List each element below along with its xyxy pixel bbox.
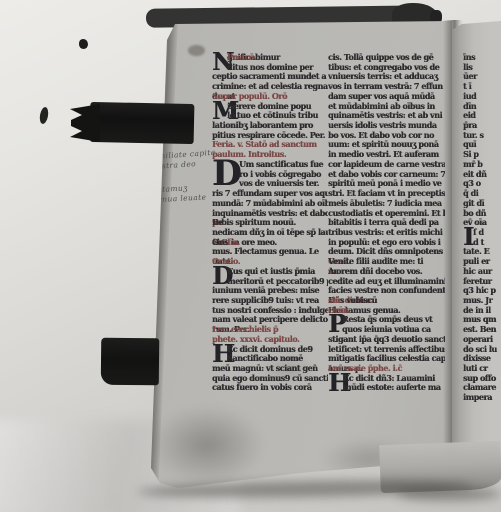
text-line: cis. Tollā quippe vos de gē [328, 53, 445, 63]
text-line: rere supplicib9 tuis: vt rea [212, 296, 328, 306]
text-line: Feria. v. Statō ad sanctum [212, 140, 328, 150]
text-line: gnificabimur Postcō. [212, 53, 328, 63]
text-line: clamare [463, 383, 501, 393]
text-line: Hic dicitur. Dñs vobiscū sin̄ [328, 296, 445, 306]
text-line: dixisse [463, 354, 501, 364]
text-line: mus qm [463, 315, 501, 325]
text-line: dam super vos aquā mūdā [328, 92, 445, 102]
left-page-column-2: PHcis. Tollā quippe vos de gētibus: et c… [328, 53, 445, 405]
text-line: meis ābuletis: 7 iudicia mea [328, 199, 445, 209]
text-line: letificet: vt terrenis affectibus [328, 345, 445, 355]
text-line: et dabo vobis cor carneum: 7 [328, 170, 445, 180]
text-line: sup offo [463, 374, 501, 384]
text-line: in medio vestri. Et auferam [328, 150, 445, 160]
text-line: ceptio sacramenti mundet a [212, 72, 328, 82]
photo-open-incunabulum: NMDDHgnificabimur Postcō.ditus nos domin… [0, 0, 501, 512]
text-line: mundā: 7 mūdabimini ab oīb9 [212, 199, 328, 209]
text-line: paulum. Introitus. [212, 150, 328, 160]
text-line: crimine: et ad celestia regna p̄ [212, 82, 328, 92]
text-line: custodiatis et operemini. Et ha [328, 209, 445, 219]
text-line: lationibʒ laborantem pro [212, 121, 328, 131]
text-line: et mūdabimini ab oībus in [328, 102, 445, 112]
marginal-note-line: vestra deo [148, 158, 217, 173]
text-line: facies vestre non confundentur [328, 286, 445, 296]
text-line: iunium veniā prebes: mise [212, 286, 328, 296]
text-line: quia ego dominus9 cū sanctifi [212, 374, 328, 384]
text-line: catus fuero in vobis corā [212, 383, 328, 393]
background-speck [79, 39, 88, 49]
text-line: ris 7 effundam super vos aquā [212, 189, 328, 199]
text-line: puli er [463, 257, 501, 267]
ink-smudge [188, 45, 205, 56]
text-line: mītigatis facilius celestia capi [328, 354, 445, 364]
text-line: quos ieiunia votiua ca [328, 325, 445, 335]
text-line: luti cr [463, 364, 501, 374]
text-line: ūer [463, 72, 501, 82]
text-line: tate. E [463, 247, 501, 257]
text-line: vniuersis terris: et adducaʒ [328, 72, 445, 82]
text-line: Um sanctificatus fue [212, 160, 328, 170]
text-line: tur. s [463, 131, 501, 141]
text-line: ducat Super populū. Orō [212, 92, 328, 102]
text-line: spiritū meū ponā i medio ve [328, 179, 445, 189]
text-line: amus. p. Lec̄ esaie p̄phe. i.c̄ [328, 364, 445, 374]
text-line: feretur [463, 277, 501, 287]
text-line: Ec dicit dñ3: Lauamini [328, 374, 445, 384]
book-shadow-right [396, 487, 501, 501]
text-line: cedite ad euʒ et illuminamini et [328, 277, 445, 287]
page-stain [150, 405, 265, 485]
text-line: stri. Et faciam vt in preceptis [328, 189, 445, 199]
text-line: Grad. Venite filii audite me: ti [328, 257, 445, 267]
text-line: iud [463, 92, 501, 102]
text-line: ditus nos domine per [212, 63, 328, 73]
marginal-note-line: genua leuate [147, 192, 207, 205]
text-line: bo dñ [463, 209, 501, 219]
text-line: Flectamus genua. Orāō. [328, 306, 445, 316]
text-line: Ec dicit dominus de9 [212, 345, 328, 355]
text-line: iserere domine popu [212, 102, 328, 112]
text-line: meū magnū: vt sciant gen̄ [212, 364, 328, 374]
text-line: nedicam dñʒ in oī tēpe sp̄ lau [212, 228, 328, 238]
marginal-note-top: humiliate capita vestra deo [147, 148, 216, 173]
text-line: dīn [463, 102, 501, 112]
text-line: vos in terram vestrā: 7 effun [328, 82, 445, 92]
text-line: Si p [463, 150, 501, 160]
text-line: cor lapideum de carne vestra [328, 160, 445, 170]
text-line: tribus vestris: et eritis michi [328, 228, 445, 238]
text-line: in populū: et ego ero vobis i [328, 238, 445, 248]
text-line: hic aur [463, 267, 501, 277]
text-line: mūdi estote: auferte ma [328, 383, 445, 393]
text-line: git dī [463, 199, 501, 209]
text-line: impera [463, 393, 501, 403]
text-line: Eus qui et iustis p̄mia [212, 267, 328, 277]
text-line: phete. xxxvi. capitulo. [212, 335, 328, 345]
text-line: Resta q̄s omp̄s deus vt [328, 315, 445, 325]
text-line: mus. Jr [463, 296, 501, 306]
background-speck [39, 106, 50, 124]
text-line: eit dñ [463, 170, 501, 180]
text-line: tibus: et congregabo vos de [328, 63, 445, 73]
text-line: īns [463, 53, 501, 63]
text-line: ro i vobis cōgregabo [212, 170, 328, 180]
clasp-strap-icon [90, 102, 195, 144]
text-line: quī [463, 140, 501, 150]
text-line: p̄ra [463, 121, 501, 131]
clasp-top [62, 98, 192, 150]
text-line: morem dñi docebo vos. v̄. Ac [328, 267, 445, 277]
text-line: q3 o [463, 179, 501, 189]
text-line: quinamētis vestris: et ab vni [328, 111, 445, 121]
text-line: bitabitis i terra quā dedi pa [328, 218, 445, 228]
text-line: de in il [463, 306, 501, 316]
text-line: do sci lu [463, 345, 501, 355]
clasp-bottom [101, 338, 159, 386]
text-line: q3 hic p [463, 286, 501, 296]
clasp-fitting-icon [62, 100, 100, 146]
text-line: eid [463, 111, 501, 121]
text-line: meritorū et peccatorib9 per [212, 277, 328, 287]
text-line: Sanctificabo nomē [212, 354, 328, 364]
text-line: bo vos. Et dabo vob̄ cor no [328, 131, 445, 141]
text-line: nam valeat percipere delicto [212, 315, 328, 325]
text-line: uate. Oratio. [212, 257, 328, 267]
text-line: pitius respirare cōcede. Per. [212, 131, 328, 141]
right-page-column: Iīnslisūert īiuddīneidp̄ratur. squīSi pm… [463, 53, 501, 405]
text-line: lis [463, 63, 501, 73]
text-line: ſ d [463, 228, 501, 238]
text-line: inquinamētis vestris: et dabo [212, 209, 328, 219]
text-line: q̄ di [463, 189, 501, 199]
left-page-column-1: NMDDHgnificabimur Postcō.ditus nos domin… [212, 53, 328, 405]
text-line: vobis spiritum nouū. ps. Be [212, 218, 328, 228]
text-line: vos de vniuersis ter. [212, 179, 328, 189]
text-line: deum. Dicit dñs omnipotens [328, 247, 445, 257]
text-line: uum: et spiritū nouuʒ ponā [328, 140, 445, 150]
text-line: stigant ip̄a q̄q3 deuotio sancta [328, 335, 445, 345]
marginal-note-bottom: flectamuʒ genua leuate [147, 182, 207, 205]
text-line: ev̄ oīa [463, 218, 501, 228]
text-line: rum. Per. Lec. ezechielis p̄ [212, 325, 328, 335]
text-line: operari [463, 335, 501, 345]
text-line: mus. Flectamus genua. Le [212, 247, 328, 257]
text-line: tus nostri confessio : indulge [212, 306, 328, 316]
text-line: eius in ore meo. v̄. Glīa. Ore [212, 238, 328, 248]
text-line: t ī [463, 82, 501, 92]
text-line: lo tuo et cōtinuis tribu [212, 111, 328, 121]
text-line: uersis idolis vestris munda [328, 121, 445, 131]
text-line: est. Ben [463, 325, 501, 335]
text-line: d t [463, 238, 501, 248]
text-line: mr̄ b [463, 160, 501, 170]
